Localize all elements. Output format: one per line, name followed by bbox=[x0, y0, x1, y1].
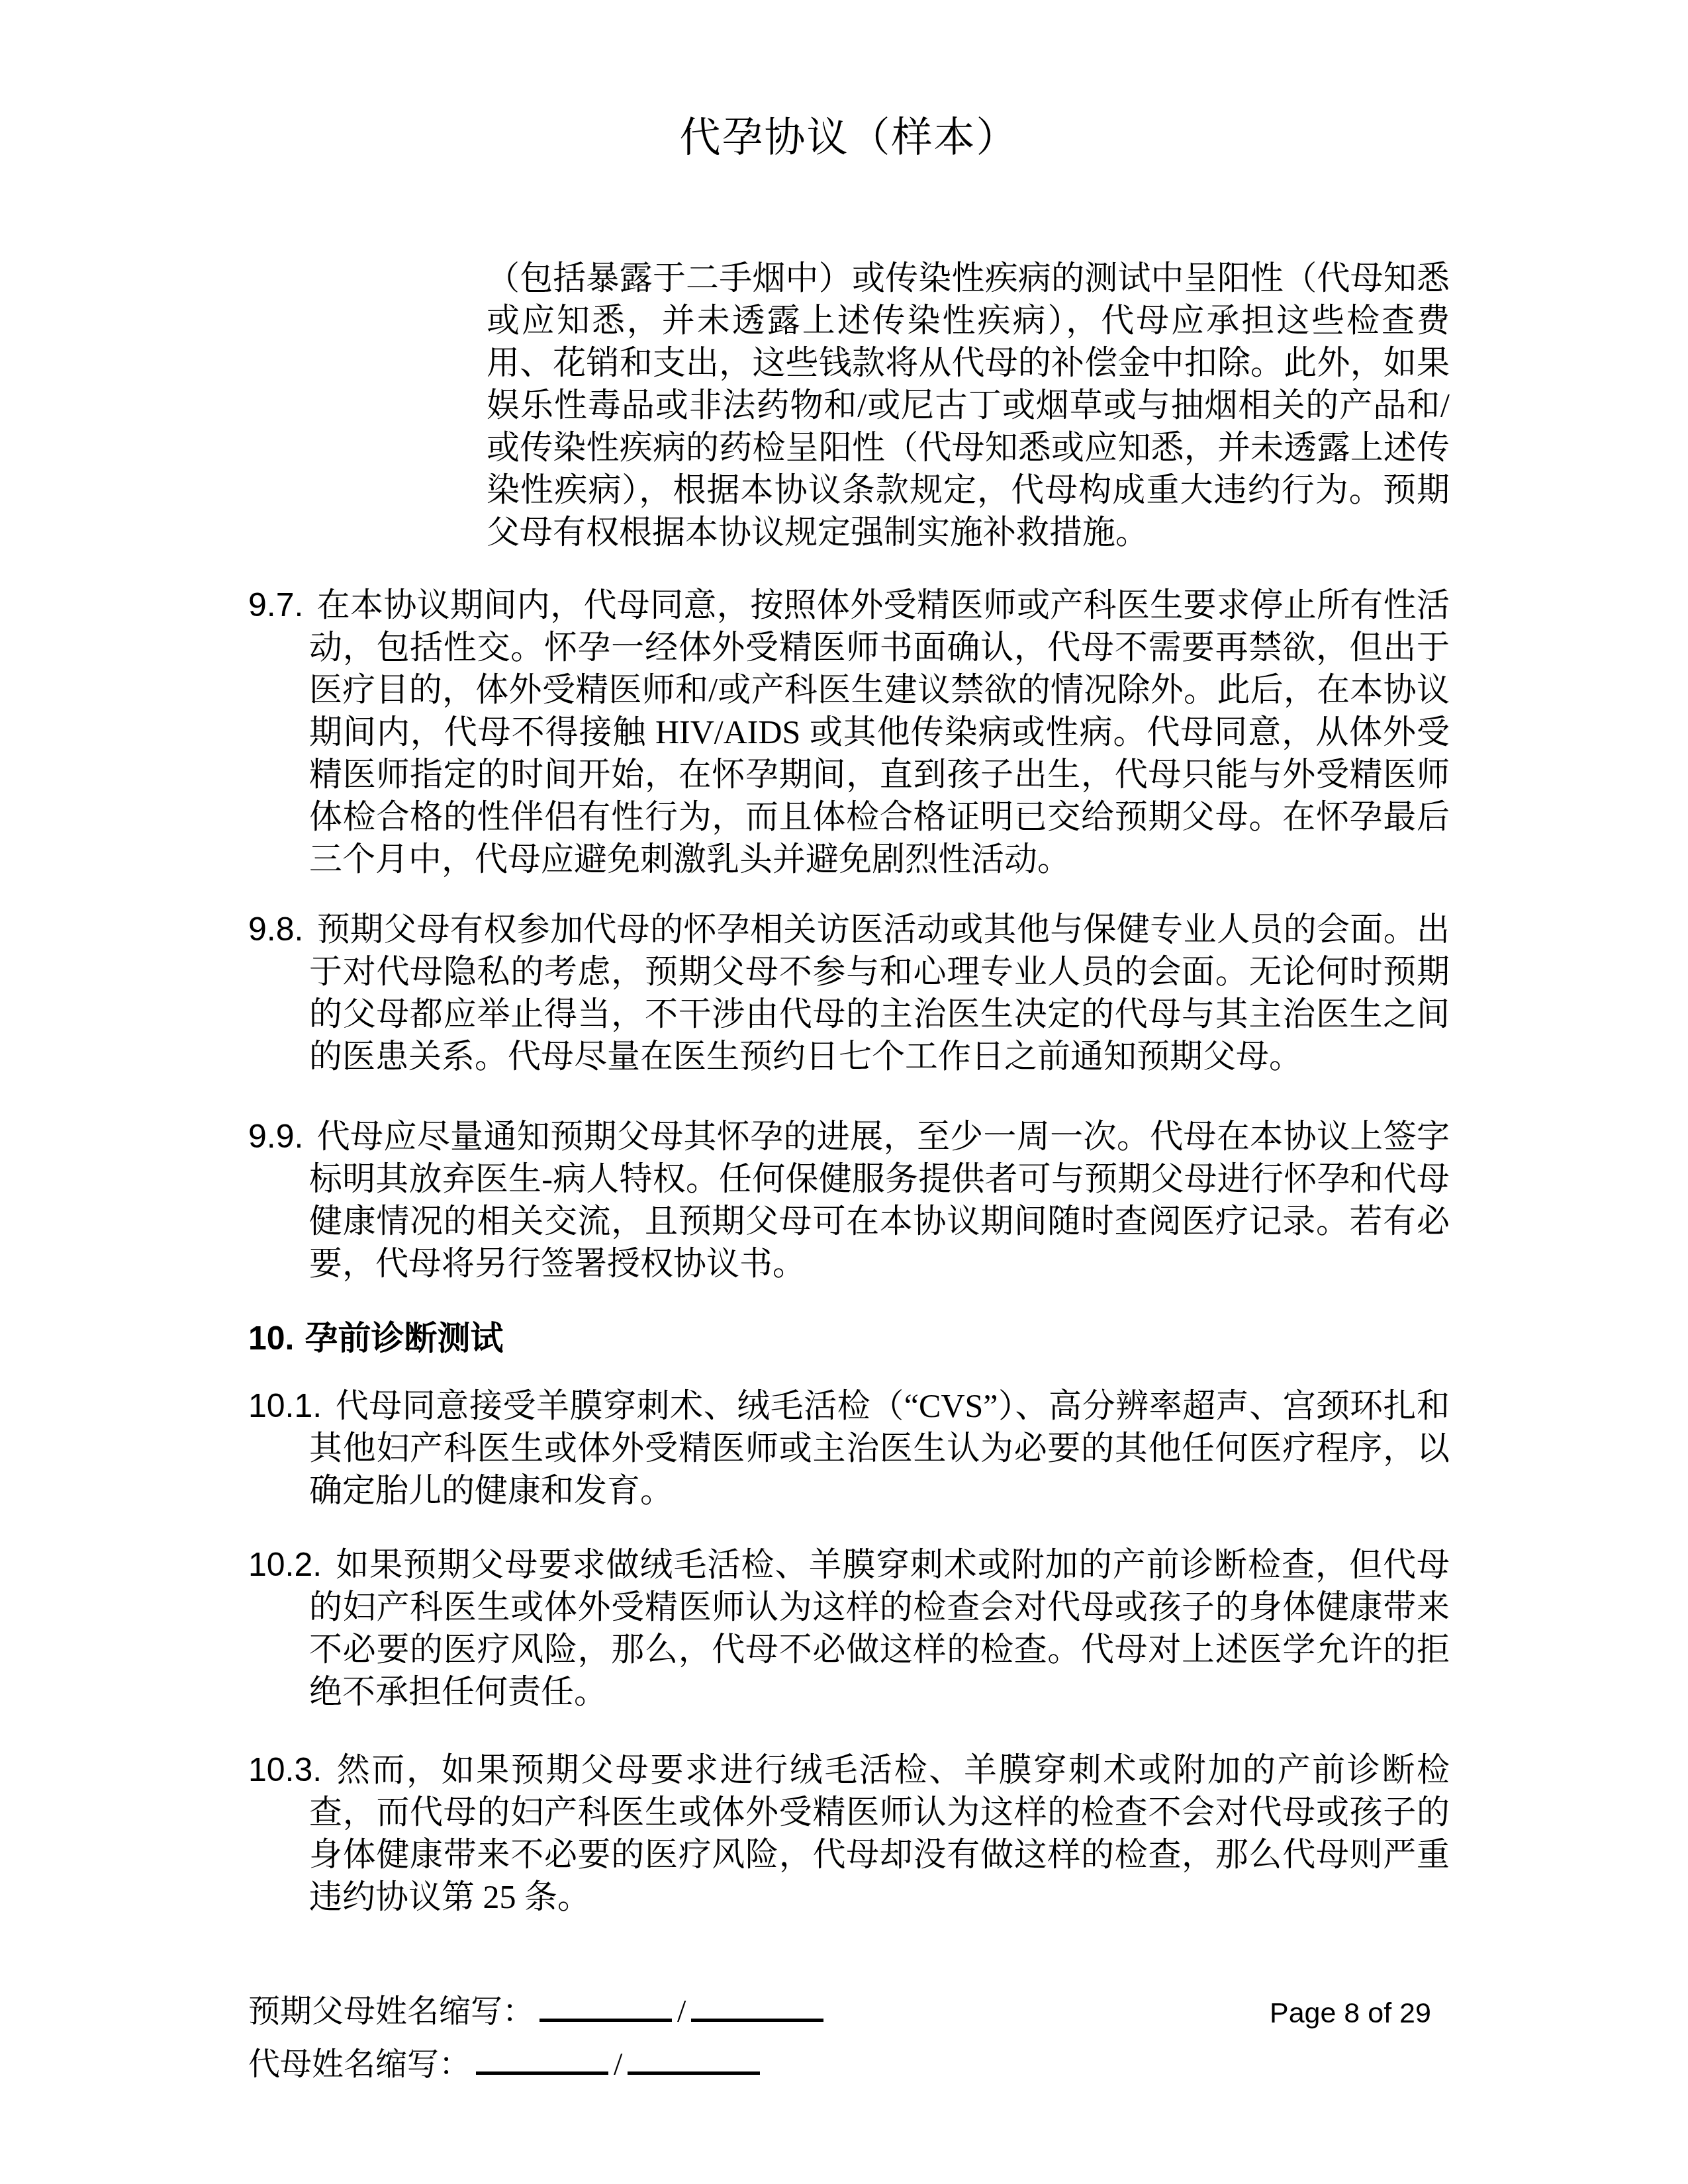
clause-9-9: 9.9.代母应尽量通知预期父母其怀孕的进展，至少一周一次。代母在本协议上签字标明… bbox=[248, 1115, 1450, 1285]
clause-9-7: 9.7.在本协议期间内，代母同意，按照体外受精医师或产科医生要求停止所有性活动，… bbox=[248, 584, 1450, 880]
slash-separator: / bbox=[614, 2044, 622, 2086]
intended-parents-initials-label: 预期父母姓名缩写： bbox=[248, 1994, 534, 2029]
clause-text: 预期父母有权参加代母的怀孕相关访医活动或其他与保健专业人员的会面。出于对代母隐私… bbox=[309, 911, 1450, 1075]
clause-10-1: 10.1.代母同意接受羊膜穿刺术、绒毛活检（“CVS”）、高分辨率超声、宫颈环扎… bbox=[248, 1385, 1450, 1512]
clause-text: 然而，如果预期父母要求进行绒毛活检、羊膜穿刺术或附加的产前诊断检查，而代母的妇产… bbox=[309, 1751, 1450, 1915]
section-heading-10: 10.孕前诊断测试 bbox=[248, 1317, 1450, 1359]
clause-number: 10.3. bbox=[248, 1751, 322, 1788]
clause-number: 10.2. bbox=[248, 1546, 322, 1583]
clause-number: 9.9. bbox=[248, 1118, 303, 1155]
footer-initials-surrogate: 代母姓名缩写：/ bbox=[248, 2042, 765, 2086]
paragraph-continuation: （包括暴露于二手烟中）或传染性疾病的测试中呈阳性（代母知悉或应知悉，并未透露上述… bbox=[487, 257, 1450, 553]
document-page: 代孕协议（样本） （包括暴露于二手烟中）或传染性疾病的测试中呈阳性（代母知悉或应… bbox=[0, 0, 1688, 2184]
clause-text: 代母应尽量通知预期父母其怀孕的进展，至少一周一次。代母在本协议上签字标明其放弃医… bbox=[309, 1118, 1450, 1282]
clause-text: 代母同意接受羊膜穿刺术、绒毛活检（“CVS”）、高分辨率超声、宫颈环扎和其他妇产… bbox=[309, 1387, 1450, 1509]
footer-initials-intended-parents: 预期父母姓名缩写：/ bbox=[248, 1989, 829, 2033]
signature-blank bbox=[691, 1989, 823, 2022]
section-number: 10. bbox=[248, 1320, 295, 1357]
slash-separator: / bbox=[677, 1991, 686, 2033]
surrogate-initials-label: 代母姓名缩写： bbox=[248, 2047, 471, 2082]
signature-blank bbox=[628, 2042, 760, 2075]
clause-text: 在本协议期间内，代母同意，按照体外受精医师或产科医生要求停止所有性活动，包括性交… bbox=[309, 586, 1450, 878]
signature-blank bbox=[476, 2042, 608, 2075]
clause-9-8: 9.8.预期父母有权参加代母的怀孕相关访医活动或其他与保健专业人员的会面。出于对… bbox=[248, 908, 1450, 1077]
section-title: 孕前诊断测试 bbox=[305, 1320, 504, 1357]
clause-number: 9.8. bbox=[248, 911, 303, 948]
clause-text: 如果预期父母要求做绒毛活检、羊膜穿刺术或附加的产前诊断检查，但代母的妇产科医生或… bbox=[309, 1546, 1450, 1710]
document-title: 代孕协议（样本） bbox=[248, 114, 1450, 163]
clause-10-2: 10.2.如果预期父母要求做绒毛活检、羊膜穿刺术或附加的产前诊断检查，但代母的妇… bbox=[248, 1543, 1450, 1713]
clause-number: 10.1. bbox=[248, 1387, 322, 1424]
clause-10-3: 10.3.然而，如果预期父母要求进行绒毛活检、羊膜穿刺术或附加的产前诊断检查，而… bbox=[248, 1749, 1450, 1918]
document-content: 代孕协议（样本） （包括暴露于二手烟中）或传染性疾病的测试中呈阳性（代母知悉或应… bbox=[248, 0, 1450, 1918]
signature-blank bbox=[539, 1989, 672, 2022]
page-number: Page 8 of 29 bbox=[1270, 1995, 1431, 2032]
clause-number: 9.7. bbox=[248, 586, 303, 623]
